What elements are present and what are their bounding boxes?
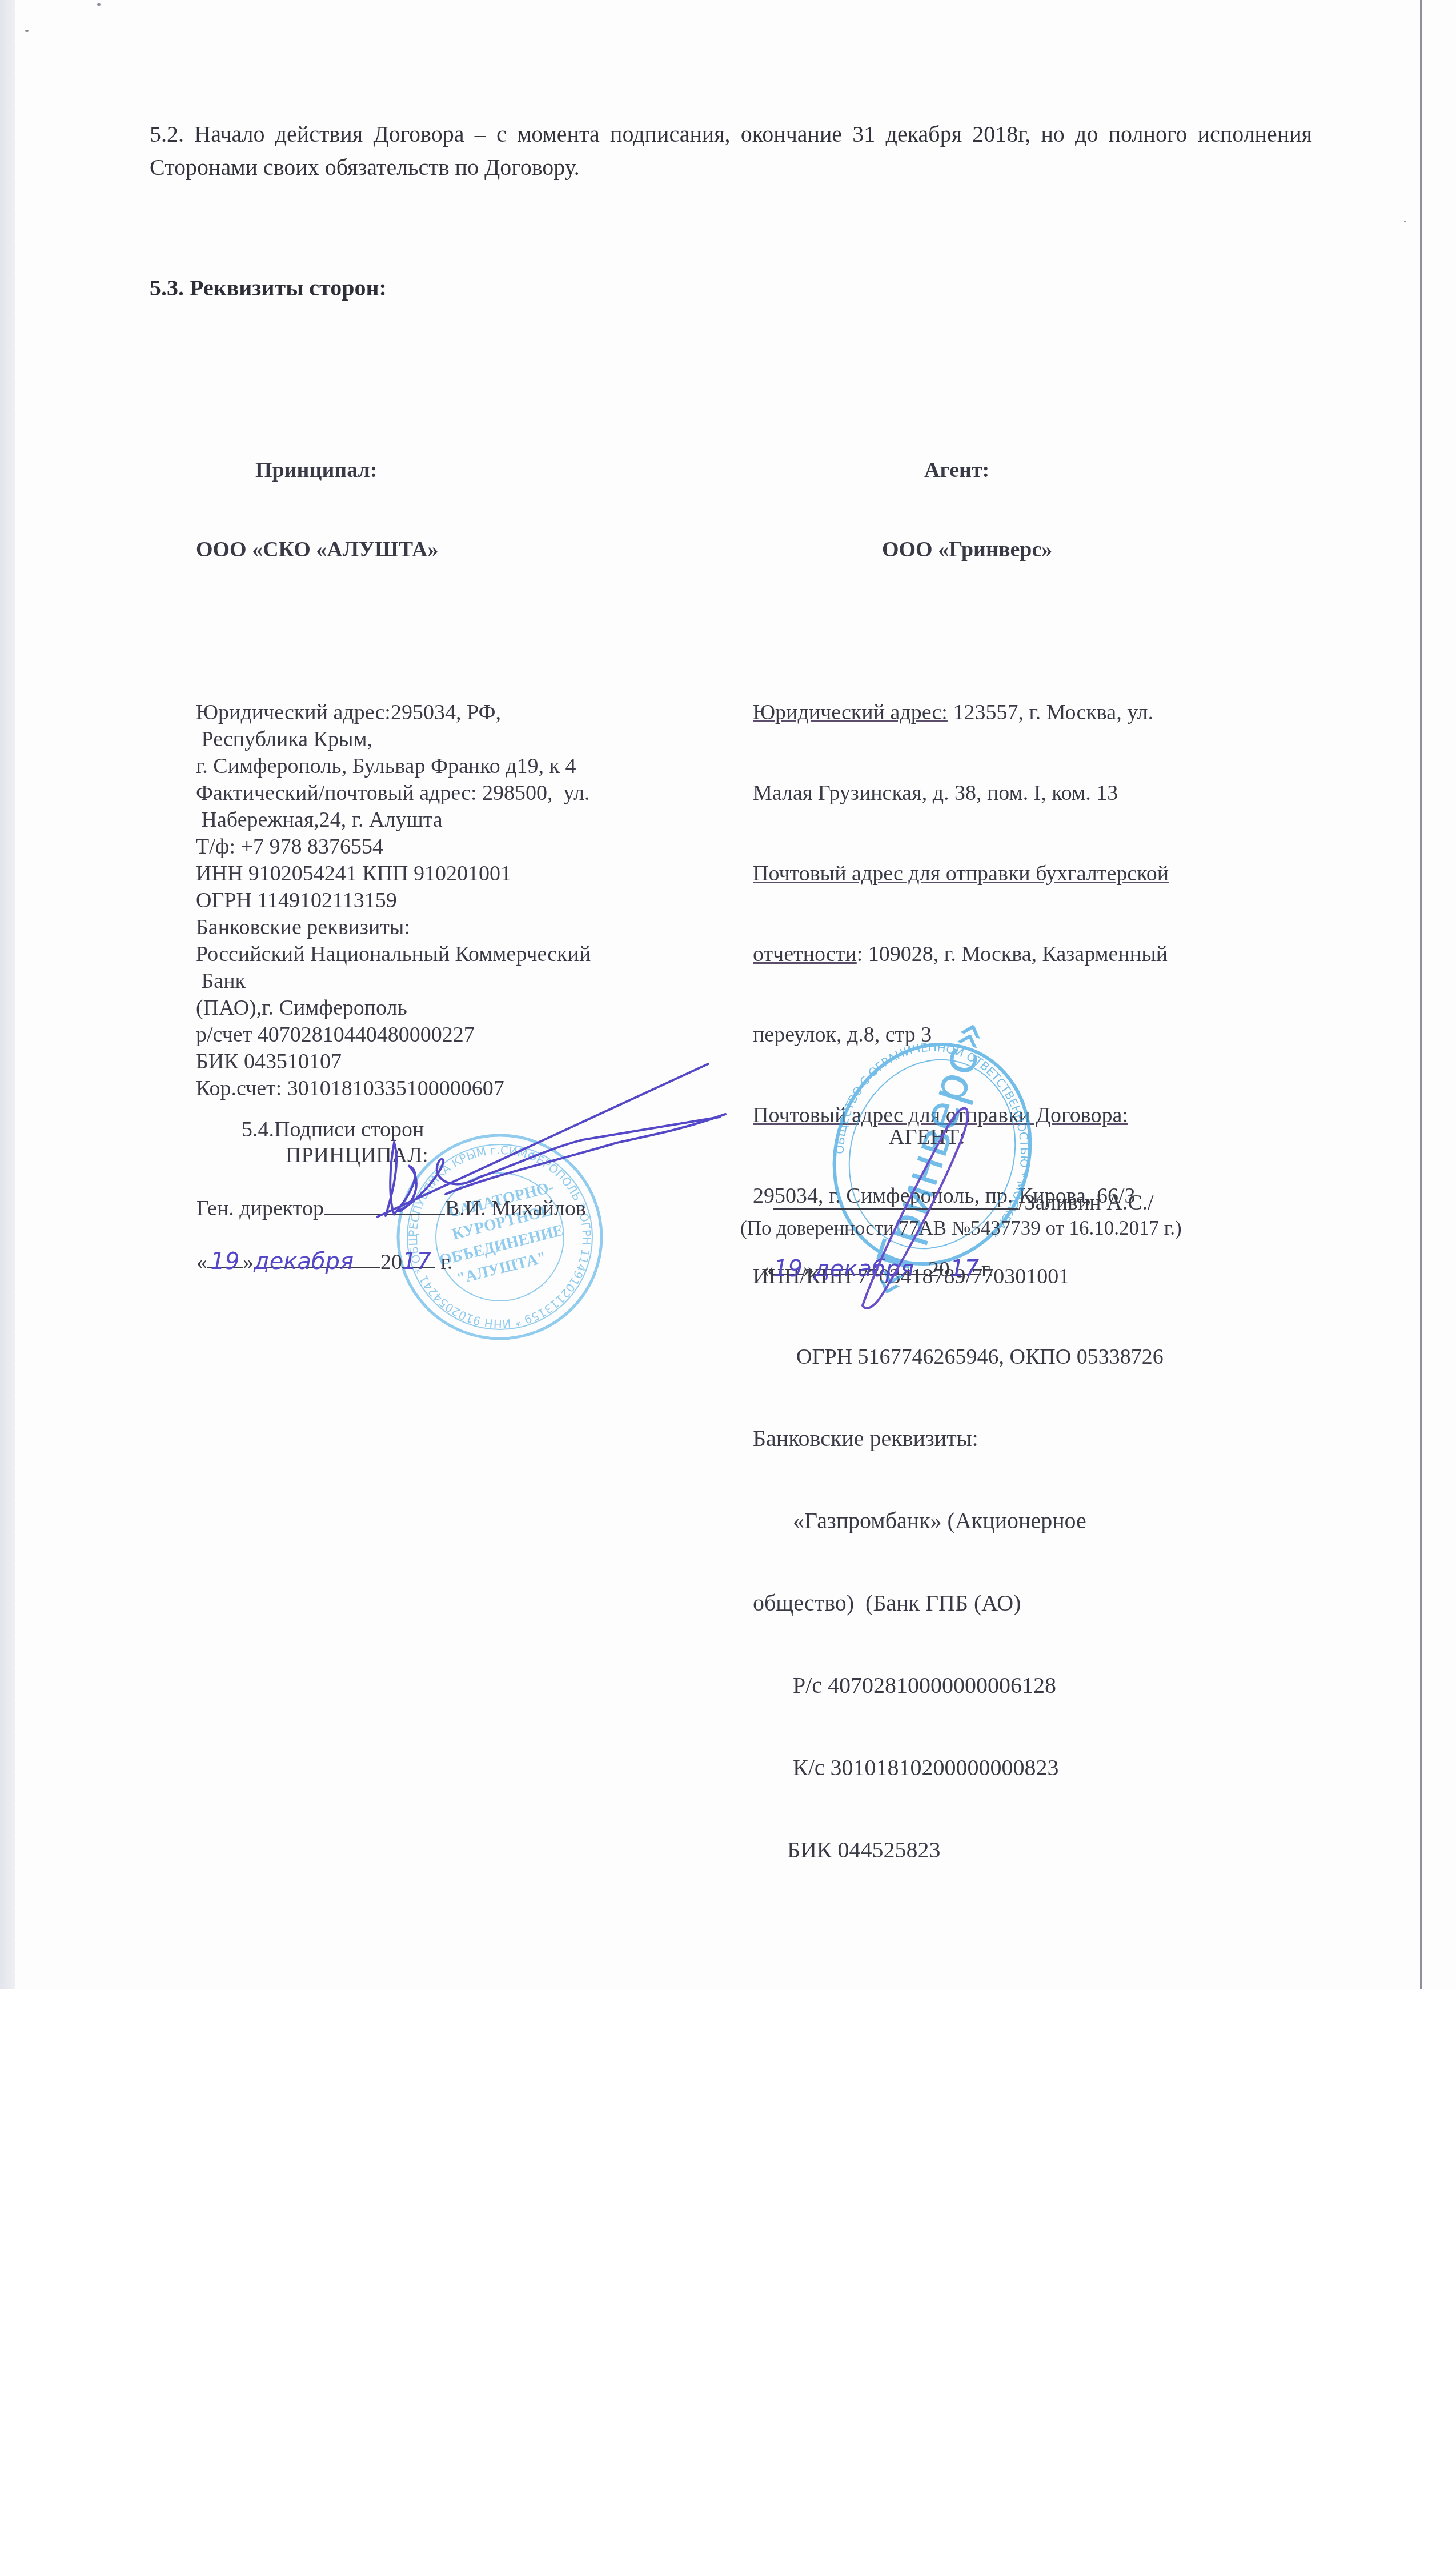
clause-5-2: 5.2. Начало действия Договора – с момент… (150, 118, 1312, 184)
agent-ogrn-okpo: ОГРН 5167746265946, ОКПО 05338726 (753, 1344, 1169, 1371)
agent-accounting-label: Почтовый адрес для отправки бухгалтерско… (753, 860, 1169, 887)
principal-lines: Юридический адрес:295034, РФ, Республика… (196, 699, 591, 1102)
principal-detail-line: Банк (196, 968, 591, 995)
agent-signature-blank (773, 1190, 1018, 1210)
agent-signature-label: АГЕНТ: (889, 1124, 965, 1150)
agent-signer-name: /Заливин А.С./ (1018, 1191, 1154, 1215)
agent-bank-name-line2: общество) (Банк ГПБ (АО) (753, 1589, 1169, 1617)
principal-detail-line: р/счет 40702810440480000227 (196, 1022, 591, 1048)
principal-detail-line: БИК 043510107 (196, 1048, 591, 1075)
agent-legal-address-line2: Малая Грузинская, д. 38, пом. I, ком. 13 (753, 780, 1169, 807)
principal-details: Принципал: ООО «СКО «АЛУШТА» Юридический… (196, 403, 591, 1129)
agent-correspondent-account: К/с 30101810200000000823 (753, 1753, 1169, 1782)
scan-speck (1404, 221, 1406, 222)
principal-signature-blank (324, 1196, 445, 1215)
scan-edge-left (0, 0, 15, 1989)
scan-speck (25, 30, 29, 32)
agent-signature-line: /Заливин А.С./ (773, 1190, 1154, 1215)
clause-5-3-heading: 5.3. Реквизиты сторон: (150, 274, 387, 301)
principal-detail-line: Республика Крым, (196, 726, 591, 753)
agent-bik: БИК 044525823 (753, 1836, 1169, 1864)
agent-power-of-attorney: (По доверенности 77АВ №5437739 от 16.10.… (740, 1217, 1182, 1240)
agent-accounting-address-line3: переулок, д.8, стр 3 (753, 1022, 1169, 1048)
principal-date: «19»декабря2017 г. (196, 1248, 452, 1275)
agent-bank-heading: Банковские реквизиты: (753, 1424, 1169, 1453)
principal-signature-line: Ген. директорВ.И. Михайлов (196, 1196, 586, 1221)
principal-detail-line: Кор.счет: 30101810335100000607 (196, 1075, 591, 1102)
principal-detail-line: ОГРН 1149102113159 (196, 887, 591, 914)
principal-signature-label: ПРИНЦИПАЛ: (286, 1143, 428, 1168)
principal-detail-line: (ПАО),г. Симферополь (196, 995, 591, 1022)
agent-legal-address: Юридический адрес: 123557, г. Москва, ул… (753, 699, 1169, 726)
principal-signer-name: В.И. Михайлов (445, 1196, 586, 1220)
principal-detail-line: ИНН 9102054241 КПП 910201001 (196, 860, 591, 887)
scan-speck (97, 3, 101, 6)
principal-detail-line: Юридический адрес:295034, РФ, (196, 699, 591, 726)
principal-detail-line: Банковские реквизиты: (196, 914, 591, 941)
principal-name: ООО «СКО «АЛУШТА» (196, 536, 591, 563)
agent-date: «19»декабря2017г. (763, 1256, 993, 1282)
scan-edge-right (1420, 0, 1422, 1989)
agent-accounting-address: отчетности: 109028, г. Москва, Казарменн… (753, 941, 1169, 968)
principal-detail-line: Российский Национальный Коммерческий (196, 941, 591, 968)
principal-detail-line: Набережная,24, г. Алушта (196, 807, 591, 834)
signatures-heading: 5.4.Подписи сторон (242, 1117, 424, 1142)
principal-detail-line: г. Симферополь, Бульвар Франко д19, к 4 (196, 753, 591, 780)
principal-role: Принципал: (196, 457, 591, 484)
agent-role: Агент: (753, 457, 1169, 484)
agent-settlement-account: Р/с 40702810000000006128 (753, 1671, 1169, 1700)
agent-name: ООО «Гринверс» (753, 536, 1169, 563)
agent-bank-name: «Газпромбанк» (Акционерное (753, 1507, 1169, 1535)
principal-detail-line: Т/ф: +7 978 8376554 (196, 834, 591, 860)
principal-detail-line: Фактический/почтовый адрес: 298500, ул. (196, 780, 591, 807)
